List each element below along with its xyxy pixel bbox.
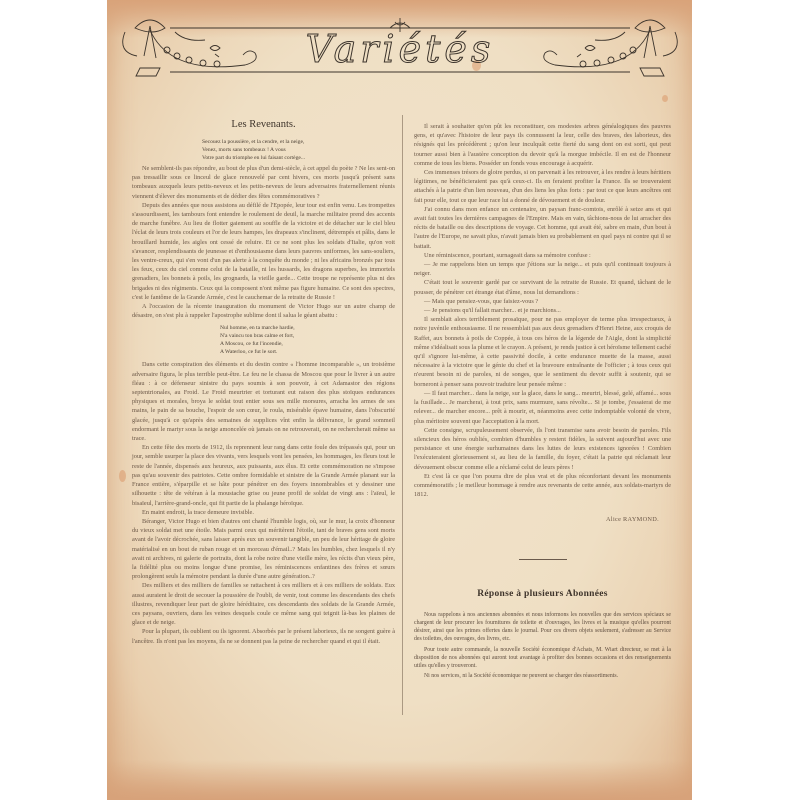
article-paragraph: Béranger, Victor Hugo et bien d'autres o… (132, 517, 395, 581)
article-paragraph: Une réminiscence, pourtant, surnageait d… (414, 251, 671, 260)
notice-paragraph: Ni nos services, ni la Société économiqu… (414, 672, 671, 680)
author-signature: Alice RAYMOND. (414, 515, 659, 524)
article-paragraph: A l'occasion de la récente inauguration … (132, 302, 395, 320)
article-paragraph: Des milliers et des milliers de familles… (132, 581, 395, 627)
epigraph-line: Votre part du triomphe en lui faisant co… (202, 154, 395, 162)
notice-paragraph: Pour toute autre commande, la nouvelle S… (414, 646, 671, 671)
article-paragraph: Cette consigne, scrupuleusement observée… (414, 426, 671, 472)
article-paragraph: Et c'est là ce que l'on pourra dire de p… (414, 472, 671, 500)
article-paragraph: Il serait à souhaiter qu'on pût les reco… (414, 122, 671, 168)
epigraph-line: Venez, morts sans tombeaux ! A vous (202, 146, 395, 154)
poem-line: A Moscou, ce fut l'incendie, (220, 340, 395, 348)
article-paragraph: Ne semblent-ils pas répondre, au bout de… (132, 164, 395, 201)
section-title: Variétés (115, 27, 685, 71)
section-separator (519, 559, 567, 560)
article-paragraph: Ces immenses trésors de gloire perdus, s… (414, 168, 671, 205)
article-paragraph: Pour la plupart, ils oublient ou ils ign… (132, 627, 395, 645)
article-paragraph: Il semblait alors terriblement prosaïque… (414, 315, 671, 389)
article-paragraph: J'ai connu dans mon enfance un centenair… (414, 205, 671, 251)
dialogue-line: — Je pensions qu'il fallait marcher... e… (414, 306, 671, 315)
dialogue-line: — Mais que pensiez-vous, que faisiez-vou… (414, 297, 671, 306)
dialogue-line: — Je me rappelons bien un temps que j'ét… (414, 260, 671, 278)
paper-stain (119, 470, 126, 482)
right-column: Il serait à souhaiter qu'on pût les reco… (414, 122, 671, 682)
article-paragraph: C'était tout le souvenir gardé par ce su… (414, 278, 671, 296)
left-column: Les Revenants. Secouez la poussière, et … (132, 112, 395, 646)
article-paragraph: En maint endroit, la trace demeure invis… (132, 508, 395, 517)
article-title: Les Revenants. (132, 118, 395, 132)
column-divider (402, 115, 403, 715)
newspaper-page: Variétés Les Revenants. Secouez la pouss… (107, 0, 692, 800)
subscriber-notice: Réponse à plusieurs Abonnées Nous rappel… (414, 590, 671, 681)
poem-line: A Waterloo, ce fut le sort. (220, 348, 395, 356)
masthead-banner: Variétés (115, 10, 685, 88)
notice-title: Réponse à plusieurs Abonnées (414, 590, 671, 599)
article-paragraph: Depuis des années que nous assistons au … (132, 201, 395, 302)
epigraph: Secouez la poussière, et la cendre, et l… (202, 138, 395, 162)
poem-line: N'a vaincu ton bras calme et fort, (220, 332, 395, 340)
article-paragraph: Dans cette conspiration des éléments et … (132, 360, 395, 443)
dialogue-line: — Il faut marcher... dans la neige, sur … (414, 389, 671, 426)
article-paragraph: En cette fête des morts de 1912, ils rep… (132, 443, 395, 507)
notice-paragraph: Nous rappelons à nos anciennes abonnées … (414, 611, 671, 644)
poem-quote: Nul homme, en ta marche hardie, N'a vain… (220, 324, 395, 356)
paper-stain (662, 95, 668, 102)
epigraph-line: Secouez la poussière, et la cendre, et l… (202, 138, 395, 146)
poem-line: Nul homme, en ta marche hardie, (220, 324, 395, 332)
